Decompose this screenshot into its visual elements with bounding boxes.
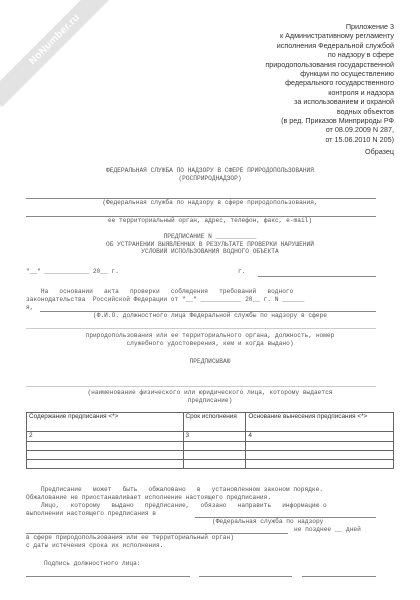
hint-line: (наименование физического или юридическо… [26,389,394,397]
prescription-table: Содержание предписания <*> Срок исполнен… [26,412,394,469]
prescribe-label: ПРЕДПИСЫВАЮ [26,358,394,366]
expiry-text: с даты истечения срока их исполнения. [26,542,163,550]
report-hint-1: (Федеральная служба по надзору [212,518,323,526]
appendix-line: контроля и надзора [194,88,394,97]
table-number-row: 2 3 4 [27,432,394,442]
table-cell[interactable] [183,442,246,451]
table-cell[interactable] [246,451,394,460]
hint-line: служебного удостоверения, кем и когда вы… [26,340,394,348]
report-hint-2: в сфере природопользования или ее террит… [26,534,234,542]
table-cell[interactable] [27,460,184,469]
title-line: УСЛОВИЙ ИСПОЛЬЗОВАНИЯ ВОДНОГО ОБЪЕКТА [26,248,394,256]
appendix-line: Приложение 3 [194,22,394,31]
agency-line: ФЕДЕРАЛЬНАЯ СЛУЖБА ПО НАДЗОРУ В СФЕРЕ ПР… [26,167,394,175]
place-label: г. [238,268,245,276]
watermark: NoNumber.ru [0,0,122,107]
table-cell[interactable] [246,460,394,469]
table-cell[interactable] [246,442,394,451]
table-row [27,460,394,469]
agency-line: (РОСПРИРОДНАДЗОР) [26,175,394,183]
basis-line-1: На основании акта проверки соблюдения тр… [26,288,293,296]
report-line-2: выполнении настоящего предписания в [26,510,156,518]
table-cell[interactable] [183,451,246,460]
official-hint-2: природопользования или ее территориально… [26,332,394,347]
appendix-line: (в ред. Приказов Минприроды РФ [194,116,394,125]
appendix-line: функции по осуществлению [194,69,394,78]
report-line-1: Лицо, которому выдано предписание, обяза… [26,502,327,510]
appeal-line-1: Предписание может быть обжаловано в уста… [26,486,323,494]
header-deadline: Срок исполнения [183,413,246,432]
signature-label: Подпись должностного лица: [44,560,141,568]
agency-hint-2: ее территориальный орган, адрес, телефон… [26,217,394,225]
appendix-line: по надзору в сфере [194,50,394,59]
place-field-line[interactable] [258,276,376,277]
hint-line: природопользования или ее территориально… [26,332,394,340]
table-cell[interactable] [27,442,184,451]
header-basis: Основание вынесения предписания <*> [246,413,394,432]
table-cell[interactable] [27,451,184,460]
deadline-text: не позднее __ дней [294,526,361,534]
recipient-hint: (наименование физического или юридическо… [26,389,394,404]
col-number: 4 [246,432,394,442]
official-hint-1: (Ф.И.О. должностного лица Федеральной сл… [26,312,394,320]
appendix-header: Приложение 3 к Административному регламе… [194,22,394,144]
appendix-line: от 08.09.2009 N 287, [194,125,394,134]
signature-sign-line[interactable] [199,576,292,577]
header-content: Содержание предписания <*> [27,413,184,432]
date-field[interactable]: "__" ____________ 20__ г. [26,268,119,276]
sample-label: Образец [365,147,394,156]
appeal-line-2: Обжалование не приостанавливает исполнен… [26,494,271,502]
basis-line-2: законодательства Российской Федерации от… [26,296,304,304]
col-number: 2 [27,432,184,442]
recipient-line[interactable] [26,386,376,387]
title-line: ПРЕДПИСАНИЕ N ___________ [26,233,394,241]
signature-name-line[interactable] [302,576,376,577]
appendix-line: к Административному регламенту [194,31,394,40]
basis-line-3: я, [26,304,33,312]
table-row [27,451,394,460]
table-row [27,442,394,451]
hint-line: предписание) [26,397,394,405]
col-number: 3 [183,432,246,442]
official-position-line[interactable] [26,328,376,329]
appendix-line: природопользования государственной [194,60,394,69]
signature-position-line[interactable] [26,576,190,577]
appendix-line: от 15.06.2010 N 205) [194,135,394,144]
appendix-line: за использованием и охраной [194,97,394,106]
appendix-line: водных объектов [194,107,394,116]
table-cell[interactable] [183,460,246,469]
appendix-line: исполнения Федеральной службой [194,41,394,50]
agency-name: ФЕДЕРАЛЬНАЯ СЛУЖБА ПО НАДЗОРУ В СФЕРЕ ПР… [26,167,394,182]
document-title: ПРЕДПИСАНИЕ N ___________ ОБ УСТРАНЕНИИ … [26,233,394,256]
table-header-row: Содержание предписания <*> Срок исполнен… [27,413,394,432]
appendix-line: федерального государственного [194,78,394,87]
agency-hint-1: (Федеральная служба по надзору в сфере п… [26,199,394,207]
